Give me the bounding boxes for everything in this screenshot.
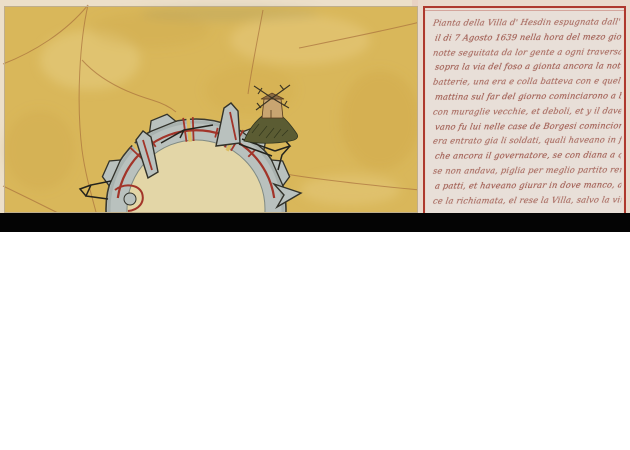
manuscript-line: notte seguitata da lor gente a ogni trav…: [432, 46, 622, 60]
caption-paper: Pianta della Villa d' Hesdin espugnata d…: [426, 9, 623, 213]
panel-border-top: [423, 6, 626, 8]
manuscript-line: a patti, et haveano giurar in dove manco…: [434, 179, 622, 193]
scanned-map-image: Pianta della Villa d' Hesdin espugnata d…: [0, 0, 630, 213]
caption-panel: Pianta della Villa d' Hesdin espugnata d…: [418, 0, 630, 213]
manuscript-line: se non andava, piglia per meglio partito…: [432, 164, 622, 178]
manuscript-line: Pianta della Villa d' Hesdin espugnata d…: [432, 16, 622, 30]
manuscript-line: il di 7 Agosto 1639 nella hora del mezo …: [434, 31, 622, 45]
black-letterbox-bar: [0, 213, 630, 232]
screenshot-root: Pianta della Villa d' Hesdin espugnata d…: [0, 0, 630, 450]
manuscript-line: ce la richiamata, el rese la Villa, salv…: [432, 194, 622, 208]
manuscript-line: vano fu lui nelle case de Borgesi cominc…: [434, 120, 622, 134]
manuscript-line: era entrato gia li soldati, quali havean…: [432, 135, 622, 149]
manuscript-line: con muraglie vecchie, et deboli, et y il…: [432, 105, 622, 119]
manuscript-line: che ancora il governatore, se con diana …: [434, 150, 622, 164]
manuscript-line: batterie, una era e colla batteva con e …: [432, 76, 622, 90]
panel-border-right: [624, 6, 626, 213]
empty-page-area: [0, 232, 630, 450]
panel-border-left: [423, 6, 425, 213]
manuscript-line: mattina sul far del giorno cominciarono …: [434, 90, 622, 104]
manuscript-line: sopra la via del foso a gionta ancora la…: [434, 61, 622, 75]
panel-border-top-inner: [423, 10, 626, 11]
